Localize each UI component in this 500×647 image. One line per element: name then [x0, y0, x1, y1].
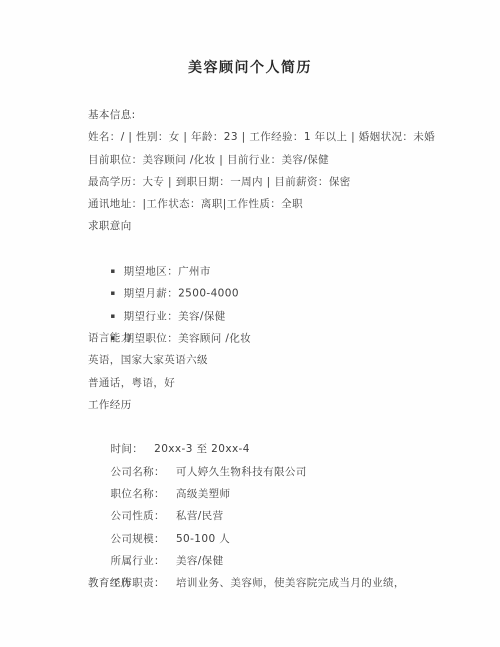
work-field-label: 时间：	[110, 443, 143, 455]
section-heading-job-intention: 求职意向	[88, 215, 470, 237]
work-field-value: 50-100 人	[176, 533, 230, 545]
resume-content: 基本信息: 姓名：/ | 性别：女 | 年龄：23 | 工作经验：1 年以上 |…	[88, 104, 470, 595]
bullet-icon: ▪	[110, 282, 115, 304]
page-title: 美容顾问个人简历	[0, 0, 500, 77]
language-row-english: 英语，国家大家英语六级	[88, 349, 470, 371]
work-field-value: 可人婷久生物科技有限公司	[176, 466, 307, 478]
basic-info-row-address: 通讯地址：|工作状态：离职|工作性质：全职	[88, 193, 470, 215]
job-intention-item-text: 期望行业：美容/保健	[124, 310, 226, 322]
section-heading-basic-info: 基本信息:	[88, 104, 470, 126]
job-intention-item-text: 期望地区：广州市	[124, 266, 211, 278]
job-intention-item-text: 期望职位：美容顾问 /化妆	[124, 332, 252, 344]
work-field-label: 所属行业：	[110, 555, 165, 567]
job-intention-item-region: ▪期望地区：广州市	[88, 238, 470, 260]
work-field-value: 20xx-3 至 20xx-4	[154, 443, 250, 455]
work-field-value: 高级美塑师	[176, 488, 231, 500]
work-field-label: 公司名称：	[110, 466, 165, 478]
work-field-value: 培训业务、美容师，使美容院完成当月的业绩，	[176, 577, 405, 589]
basic-info-row-name: 姓名：/ | 性别：女 | 年龄：23 | 工作经验：1 年以上 | 婚姻状况：…	[88, 126, 470, 148]
basic-info-row-education: 最高学历：大专 | 到职日期：一周内 | 目前薪资：保密	[88, 171, 470, 193]
language-row-mandarin: 普通话，粤语，好	[88, 372, 470, 394]
resume-page: 美容顾问个人简历 基本信息: 姓名：/ | 性别：女 | 年龄：23 | 工作经…	[0, 0, 500, 647]
work-field-label: 职位名称：	[110, 488, 165, 500]
bullet-icon: ▪	[110, 305, 115, 327]
work-field-value: 私营/民营	[176, 510, 224, 522]
job-intention-item-text: 期望月薪：2500-4000	[124, 288, 239, 300]
bullet-icon: ▪	[110, 260, 115, 282]
work-field-label: 公司规模：	[110, 533, 165, 545]
section-heading-work-experience: 工作经历	[88, 394, 470, 416]
work-field-time: 时间：20xx-3 至 20xx-4	[88, 416, 470, 438]
work-field-label: 公司性质：	[110, 510, 165, 522]
basic-info-row-position: 目前职位：美容顾问 /化妆 | 目前行业：美容/保健	[88, 149, 470, 171]
work-field-value: 美容/保健	[176, 555, 224, 567]
